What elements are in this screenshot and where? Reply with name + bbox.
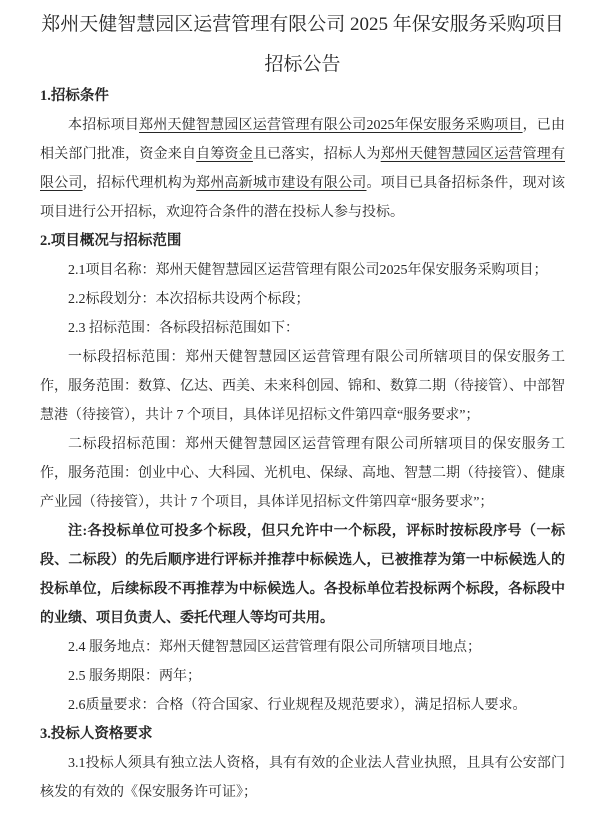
document-title: 郑州天健智慧园区运营管理有限公司 2025 年保安服务采购项目 bbox=[40, 10, 565, 40]
text-run: ，招标代理机构为 bbox=[83, 176, 197, 191]
project-name-underlined: 郑州天健智慧园区运营管理有限公司2025年保安服务采购项目 bbox=[139, 118, 523, 133]
item-2-5-service-term: 2.5 服务期限：两年； bbox=[40, 662, 565, 691]
document-body: 1.招标条件 本招标项目郑州天健智慧园区运营管理有限公司2025年保安服务采购项… bbox=[40, 82, 565, 807]
item-2-3-tender-scope: 2.3 招标范围：各标段招标范围如下： bbox=[40, 314, 565, 343]
document-page: 郑州天健智慧园区运营管理有限公司 2025 年保安服务采购项目 招标公告 1.招… bbox=[0, 0, 602, 824]
document-subtitle: 招标公告 bbox=[40, 50, 565, 80]
text-run: 本招标项目 bbox=[68, 118, 139, 133]
funding-source-underlined: 自筹资金 bbox=[196, 147, 253, 162]
lot2-scope-paragraph: 二标段招标范围：郑州天健智慧园区运营管理有限公司所辖项目的保安服务工作，服务范围… bbox=[40, 430, 565, 517]
section-2-heading: 2.项目概况与招标范围 bbox=[40, 227, 565, 256]
item-2-2-lot-division: 2.2标段划分：本次招标共设两个标段； bbox=[40, 285, 565, 314]
item-3-1-bidder-qualification: 3.1投标人须具有独立法人资格，具有有效的企业法人营业执照，且具有公安部门核发的… bbox=[40, 749, 565, 807]
lot1-scope-paragraph: 一标段招标范围：郑州天健智慧园区运营管理有限公司所辖项目的保安服务工作，服务范围… bbox=[40, 343, 565, 430]
text-run: 且已落实，招标人为 bbox=[253, 147, 381, 162]
agency-name-underlined: 郑州高新城市建设有限公司 bbox=[196, 176, 366, 191]
note-paragraph: 注:各投标单位可投多个标段，但只允许中一个标段，评标时按标段序号（一标段、二标段… bbox=[40, 517, 565, 633]
item-2-1-project-name: 2.1项目名称：郑州天健智慧园区运营管理有限公司2025年保安服务采购项目； bbox=[40, 256, 565, 285]
tender-conditions-paragraph: 本招标项目郑州天健智慧园区运营管理有限公司2025年保安服务采购项目，已由相关部… bbox=[40, 111, 565, 227]
item-2-4-service-location: 2.4 服务地点：郑州天健智慧园区运营管理有限公司所辖项目地点； bbox=[40, 633, 565, 662]
section-1-heading: 1.招标条件 bbox=[40, 82, 565, 111]
section-3-heading: 3.投标人资格要求 bbox=[40, 720, 565, 749]
item-2-6-quality-requirement: 2.6质量要求：合格（符合国家、行业规程及规范要求），满足招标人要求。 bbox=[40, 691, 565, 720]
